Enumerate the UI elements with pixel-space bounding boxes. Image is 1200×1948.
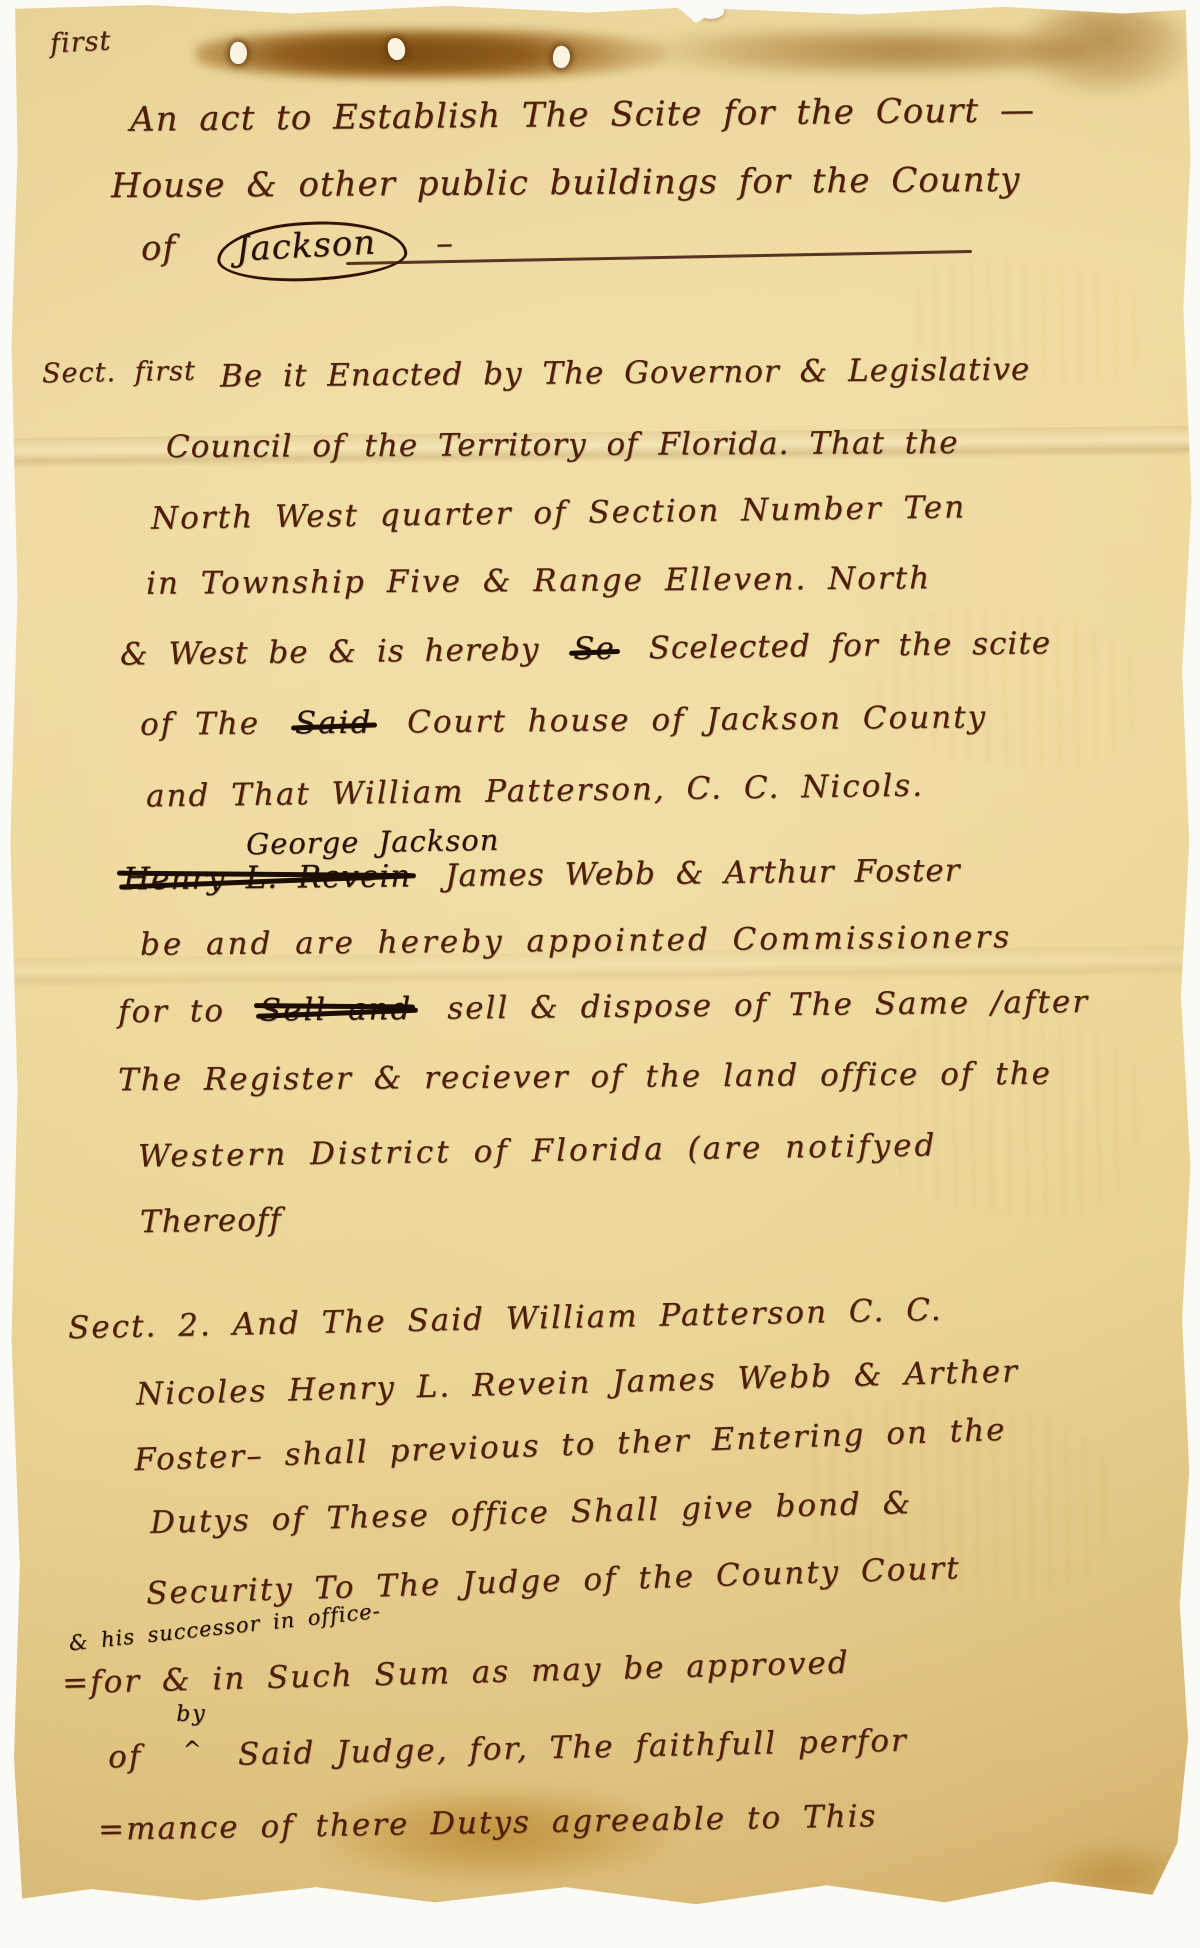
section1-line-4: in Township Five & Range Elleven. North: [146, 559, 931, 603]
ink-bleedthrough: [877, 1000, 1150, 1229]
section1-line-13: Thereoff: [140, 1201, 282, 1242]
line-text: for to: [118, 993, 225, 1030]
section2-line-1: Sect. 2. And The Said William Patterson …: [68, 1291, 943, 1348]
section2-line-5: Security To The Judge of the County Cour…: [146, 1549, 962, 1613]
section1-line-11: The Register & reciever of the land offi…: [118, 1055, 1052, 1100]
corner-annotation-first: first: [49, 24, 112, 61]
county-name-circled: Jackson: [215, 217, 408, 285]
line-text: & West be & is hereby: [120, 632, 540, 673]
section1-line-7: and That William Patterson, C. C. Nicols…: [146, 767, 924, 817]
title-line-2: House & other public buildings for the C…: [111, 159, 1021, 208]
stain-bottom-corner: [1040, 1846, 1190, 1904]
line-text: James Webb & Arthur Foster: [445, 853, 961, 894]
line-text: of: [108, 1739, 143, 1776]
struck-word: Se: [573, 630, 615, 669]
punch-hole: [387, 37, 406, 61]
struck-word: Sell and: [260, 990, 413, 1030]
section1-line-1: Be it Enacted by The Governor & Legislat…: [220, 350, 1031, 396]
line-text: Scelected for the scite: [648, 625, 1051, 666]
title-dash: –: [436, 223, 455, 263]
line-text: Said Judge, for, The faithfull perfor: [238, 1723, 909, 1773]
line-text: Court house of Jackson County: [407, 699, 987, 740]
section1-line-12: Western District of Florida (are notifye…: [138, 1126, 938, 1176]
section1-label: Sect. first: [42, 355, 196, 391]
stain-top-corner: [1020, 6, 1190, 92]
inserted-word: by: [176, 1700, 207, 1728]
line-text: sell & dispose of The Same /after: [447, 984, 1089, 1027]
section2-line-8: =mance of there Dutys agreeable to This: [98, 1797, 878, 1849]
struck-name: Henry L. Revein: [123, 857, 412, 899]
punch-hole: [229, 41, 249, 65]
caret-icon: ^: [183, 1736, 204, 1764]
title-line-3: of Jackson –: [141, 219, 455, 283]
section2-line-4: Dutys of These office Shall give bond &: [150, 1484, 913, 1543]
struck-word: Said: [295, 704, 373, 743]
insertion-mark: by ^: [177, 1734, 218, 1766]
section1-line-9: be and are hereby appointed Commissioner…: [140, 918, 1012, 964]
manuscript-page: first An act to Establish The Scite for …: [8, 4, 1194, 1910]
burn-stain-top-right: [628, 32, 1088, 72]
title-of: of: [141, 228, 177, 269]
title-line-1: An act to Establish The Scite for the Co…: [130, 89, 1035, 141]
scan-background: first An act to Establish The Scite for …: [0, 0, 1200, 1948]
section2-line-7: of by ^ Said Judge, for, The faithfull p…: [108, 1720, 908, 1777]
burn-stain-top: [196, 30, 666, 78]
section1-line-8: Henry L. Revein James Webb & Arthur Fost…: [123, 852, 961, 900]
section1-line-3: North West quarter of Section Number Ten: [151, 488, 967, 538]
section2-line-6: =for & in Such Sum as may be approved: [62, 1644, 850, 1703]
line-text: of The: [140, 706, 260, 743]
punch-hole: [551, 44, 572, 69]
section1-line-2: Council of the Territory of Florida. Tha…: [166, 424, 959, 467]
section1-line-6: of The Said Court house of Jackson Count…: [140, 698, 987, 744]
edge-notch: [698, 4, 724, 19]
